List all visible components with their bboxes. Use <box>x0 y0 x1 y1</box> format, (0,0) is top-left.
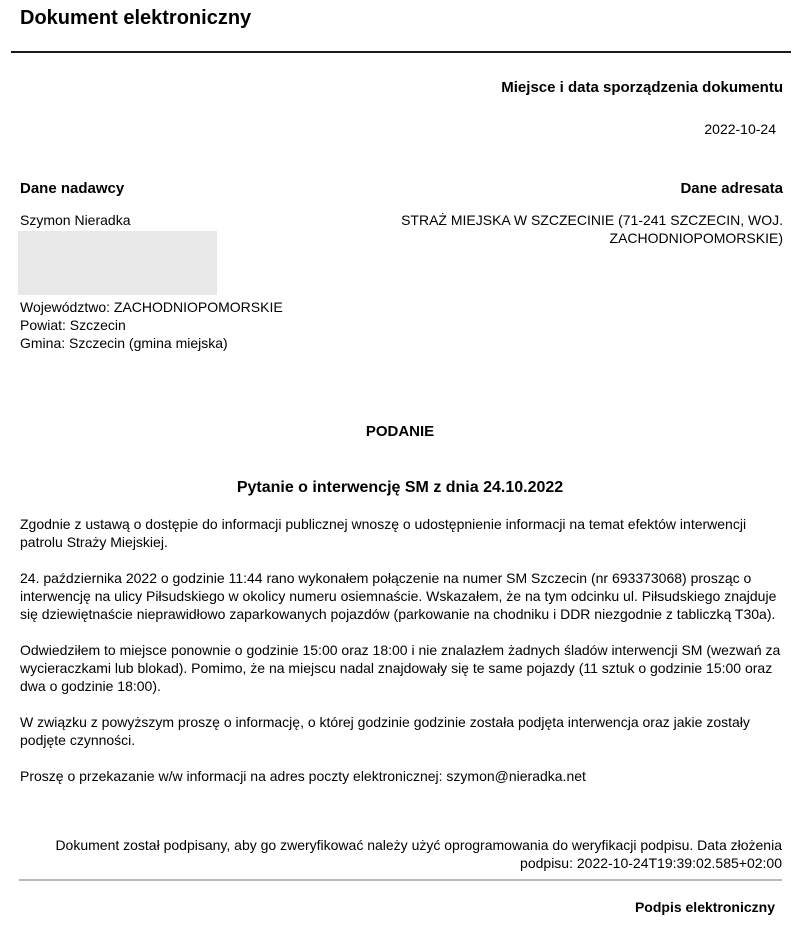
document-date: 2022-10-24 <box>704 121 776 137</box>
sender-voivodeship: Województwo: ZACHODNIOPOMORSKIE <box>20 298 380 316</box>
form-type-heading: PODANIE <box>0 422 800 442</box>
recipient-section: Dane adresata STRAŻ MIEJSKA W SZCZECINIE… <box>363 179 783 247</box>
recipient-address: STRAŻ MIEJSKA W SZCZECINIE (71-241 SZCZE… <box>363 211 783 247</box>
sender-heading: Dane nadawcy <box>20 179 380 199</box>
document-body: Zgodnie z ustawą o dostępie do informacj… <box>20 515 786 803</box>
signature-label: Podpis elektroniczny <box>635 898 775 916</box>
place-date-section: Miejsce i data sporządzenia dokumentu 20… <box>501 78 783 98</box>
body-paragraph: 24. października 2022 o godzinie 11:44 r… <box>20 569 786 623</box>
body-paragraph: Odwiedziłem to miejsce ponownie o godzin… <box>20 641 786 695</box>
form-subject: Pytanie o interwencję SM z dnia 24.10.20… <box>0 478 800 498</box>
sender-commune: Gmina: Szczecin (gmina miejska) <box>20 334 380 352</box>
title-divider <box>11 51 791 53</box>
body-paragraph: W związku z powyższym proszę o informacj… <box>20 713 786 749</box>
sender-county: Powiat: Szczecin <box>20 316 380 334</box>
place-date-heading: Miejsce i data sporządzenia dokumentu <box>501 78 783 98</box>
recipient-heading: Dane adresata <box>363 179 783 199</box>
document-title: Dokument elektroniczny <box>20 6 251 30</box>
body-paragraph: Proszę o przekazanie w/w informacji na a… <box>20 767 786 785</box>
redacted-address-block <box>18 231 217 295</box>
signature-divider <box>19 879 782 881</box>
body-paragraph: Zgodnie z ustawą o dostępie do informacj… <box>20 515 786 551</box>
signature-note: Dokument został podpisany, aby go zweryf… <box>12 836 782 872</box>
sender-name: Szymon Nieradka <box>20 211 380 229</box>
sender-section: Dane nadawcy Szymon Nieradka Województwo… <box>20 179 380 352</box>
